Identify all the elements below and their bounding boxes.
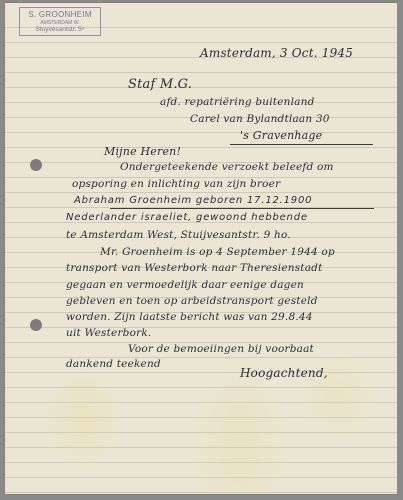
punch-hole-bottom bbox=[30, 319, 42, 331]
addressee-underline bbox=[230, 144, 373, 145]
stamp-name: S. GROONHEIM bbox=[20, 11, 100, 19]
addressee-line-3: Carel van Bylandtlaan 30 bbox=[190, 113, 330, 125]
body-line-10: worden. Zijn laatste bericht was van 29.… bbox=[66, 311, 313, 323]
body-line-1: Ondergeteekende verzoekt beleefd om bbox=[120, 161, 334, 173]
subject-underline bbox=[110, 208, 374, 209]
body-line-5: te Amsterdam West, Stuijvesantstr. 9 ho. bbox=[66, 229, 291, 241]
salutation: Mijne Heren! bbox=[104, 145, 181, 158]
body-line-6: Mr. Groenheim is op 4 September 1944 op bbox=[100, 246, 335, 258]
addressee-line-4: 's Gravenhage bbox=[240, 129, 322, 142]
addressee-line-2: afd. repatriëring buitenland bbox=[160, 96, 315, 108]
body-line-3-subject-name: Abraham Groenheim geboren 17.12.1900 bbox=[74, 195, 312, 206]
dateline: Amsterdam, 3 Oct. 1945 bbox=[200, 46, 353, 60]
body-line-12: Voor de bemoeiingen bij voorbaat bbox=[128, 343, 314, 355]
body-line-2: opsporing en inlichting van zijn broer bbox=[72, 178, 280, 190]
closing: Hoogachtend, bbox=[240, 366, 328, 380]
scan-border bbox=[397, 0, 403, 500]
body-line-8: gegaan en vermoedelijk daar eenige dagen bbox=[66, 279, 304, 291]
body-line-7: transport van Westerbork naar Theresiens… bbox=[66, 262, 323, 274]
body-line-4: Nederlander israeliet, gewoond hebbende bbox=[66, 212, 308, 223]
body-line-11: uit Westerbork. bbox=[66, 327, 151, 339]
sender-stamp: S. GROONHEIM AMSTERDAM W. Stuyvesantstr.… bbox=[19, 7, 101, 36]
stamp-address: Stuyvesantstr. 5⁴ bbox=[20, 27, 100, 34]
addressee-line-1: Staf M.G. bbox=[128, 77, 192, 92]
body-line-9: gebleven en toen op arbeidstransport ges… bbox=[66, 295, 318, 307]
body-line-13: dankend teekend bbox=[66, 358, 161, 370]
punch-hole-top bbox=[30, 159, 42, 171]
